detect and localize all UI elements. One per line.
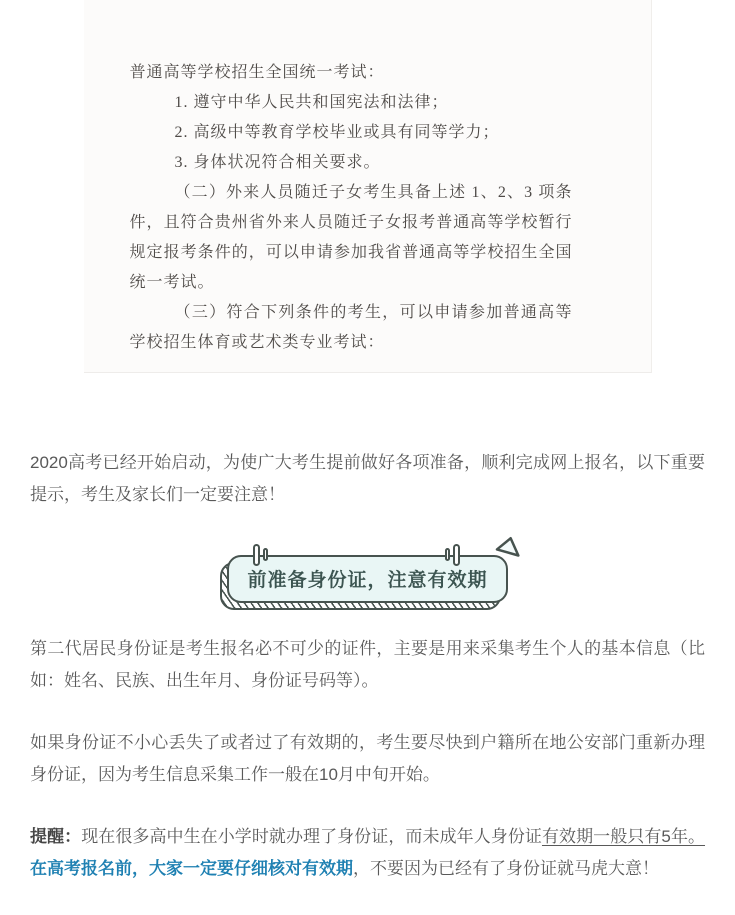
- idcard-paragraph: 第二代居民身份证是考生报名必不可少的证件，主要是用来采集考生个人的基本信息（比如…: [30, 633, 705, 697]
- reminder-text-after: ，不要因为已经有了身份证就马虎大意！: [353, 859, 659, 878]
- scan-list-item-2: 2. 高级中等教育学校毕业或具有同等学力；: [130, 118, 573, 148]
- intro-paragraph: 2020高考已经开始启动，为使广大考生提前做好各项准备，顺利完成网上报名，以下重…: [30, 447, 705, 511]
- clip-icon: [253, 544, 268, 566]
- reminder-text-highlight: 在高考报名前，大家一定要仔细核对有效期: [30, 859, 353, 878]
- triangle-icon: [492, 533, 524, 567]
- scan-paragraph-2: （二）外来人员随迁子女考生具备上述 1、2、3 项条件，且符合贵州省外来人员随迁…: [130, 178, 573, 298]
- reminder-text-before: 现在很多高中生在小学时就办理了身份证，而未成年人身份证: [81, 827, 542, 846]
- reminder-label: 提醒：: [30, 827, 81, 846]
- scan-list-item-3: 3. 身体状况符合相关要求。: [130, 148, 573, 178]
- section-banner: 前准备身份证，注意有效期: [227, 555, 507, 603]
- reminder-paragraph: 提醒：现在很多高中生在小学时就办理了身份证，而未成年人身份证有效期一般只有5年。…: [30, 821, 705, 885]
- banner-plate: 前准备身份证，注意有效期: [227, 555, 507, 603]
- clip-icon: [445, 544, 460, 566]
- scan-heading: 普通高等学校招生全国统一考试：: [130, 58, 573, 88]
- article-body: 2020高考已经开始启动，为使广大考生提前做好各项准备，顺利完成网上报名，以下重…: [0, 447, 735, 885]
- reminder-text-underlined: 有效期一般只有5年。: [542, 827, 705, 846]
- scanned-document: 普通高等学校招生全国统一考试： 1. 遵守中华人民共和国宪法和法律； 2. 高级…: [84, 0, 652, 373]
- banner-title: 前准备身份证，注意有效期: [247, 570, 487, 591]
- article-page: 普通高等学校招生全国统一考试： 1. 遵守中华人民共和国宪法和法律； 2. 高级…: [0, 0, 735, 915]
- scan-list-item-1: 1. 遵守中华人民共和国宪法和法律；: [130, 88, 573, 118]
- scan-paragraph-3: （三）符合下列条件的考生，可以申请参加普通高等学校招生体育或艺术类专业考试：: [130, 298, 573, 358]
- lost-id-paragraph: 如果身份证不小心丢失了或者过了有效期的，考生要尽快到户籍所在地公安部门重新办理身…: [30, 727, 705, 791]
